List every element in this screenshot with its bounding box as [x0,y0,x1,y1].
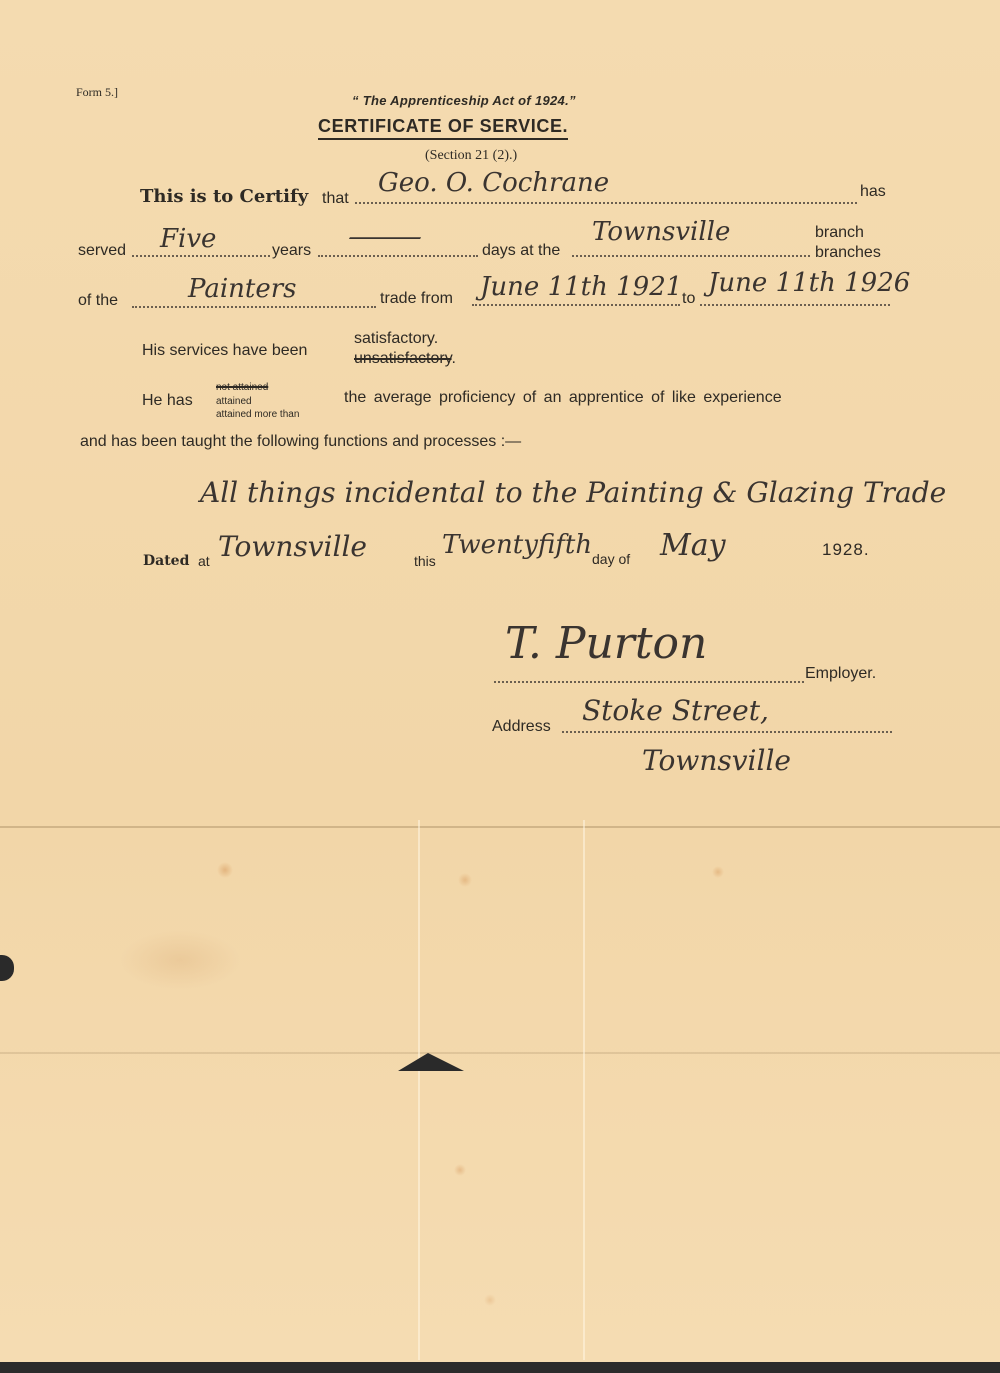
to-date-line [700,304,890,306]
form-number: Form 5.] [76,85,118,100]
from-date-line [472,304,680,306]
year-value: 1928. [822,540,870,560]
branch-value: Townsville [592,217,730,247]
services-unsatisfactory-struck: unsatisfactory. [354,350,456,368]
he-has-label: He has [142,392,193,410]
struck-option: unsatisfactory [354,350,452,367]
years-field-line [132,255,270,257]
proficiency-text: the average proficiency of an apprentice… [344,389,782,407]
fold-crease-vertical-right [583,820,585,1360]
page-title: CERTIFICATE OF SERVICE. [318,116,568,140]
employer-signature-line [494,681,804,683]
name-field-line [355,202,857,204]
services-satisfactory: satisfactory. [354,330,438,348]
trade-value: Painters [188,274,297,304]
of-the-label: of the [78,292,118,310]
fold-crease-vertical-left [418,820,420,1360]
days-field-line [318,255,478,257]
fold-crease-lower [0,1052,1000,1054]
paper-edge-tear [0,955,14,981]
act-title: “ The Apprenticeship Act of 1924.” [352,93,576,108]
day-of-label: day of [592,551,630,567]
that-label: that [322,190,349,208]
years-label: years [272,242,311,260]
functions-processes-value: All things incidental to the Painting & … [200,476,946,509]
attained-option: attained [216,396,252,407]
fold-crease-upper [0,826,1000,828]
dated-label: Dated [143,553,189,569]
branches-label: branches [815,244,881,262]
days-at-label: days at the [482,242,560,260]
address-field-line [562,731,892,733]
branch-label: branch [815,224,864,242]
to-date-value: June 11th 1926 [708,268,910,298]
days-value: — [346,222,424,252]
address-line-2: Townsville [642,744,791,777]
employer-label: Employer. [805,665,876,683]
not-attained-struck: not attained [216,382,268,393]
address-line-1: Stoke Street, [582,694,769,727]
certify-label: This is to Certify [140,186,308,207]
attained-more-option: attained more than [216,409,299,420]
period: . [452,350,456,367]
dated-place-value: Townsville [218,530,367,563]
services-label: His services have been [142,342,307,360]
employer-signature: T. Purton [505,618,707,669]
branch-field-line [572,255,810,257]
trade-from-label: trade from [380,290,453,308]
has-label: has [860,183,886,201]
to-label: to [682,290,695,308]
month-value: May [660,528,726,563]
at-label: at [198,553,210,569]
certificate-paper: Form 5.] “ The Apprenticeship Act of 192… [0,0,1000,1362]
section-reference: (Section 21 (2).) [425,148,517,164]
from-date-value: June 11th 1921 [480,272,682,302]
taught-label: and has been taught the following functi… [80,433,521,451]
years-value: Five [160,224,216,254]
day-value: Twentyfifth [442,530,592,560]
trade-field-line [132,306,376,308]
paper-tear [398,1053,464,1071]
this-label: this [414,553,436,569]
apprentice-name: Geo. O. Cochrane [378,168,609,198]
address-label: Address [492,718,551,736]
served-label: served [78,242,126,260]
